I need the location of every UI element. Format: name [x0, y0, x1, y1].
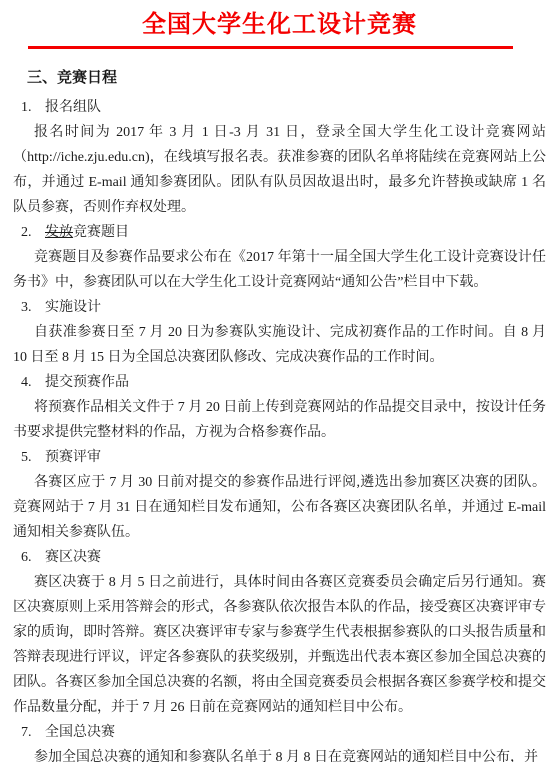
item-title: 预赛评审	[45, 450, 101, 465]
item-title: 赛区决赛	[45, 550, 101, 565]
item-title-text: 提交预赛作品	[45, 375, 129, 390]
item-heading: 1.报名组队	[21, 95, 546, 120]
list-item: 7.全国总决赛 参加全国总决赛的通知和参赛队名单于 8 月 8 日在竞赛网站的通…	[13, 720, 546, 762]
item-heading: 7.全国总决赛	[21, 720, 546, 745]
item-paragraph: 报名时间为 2017 年 3 月 1 日-3 月 31 日，登录全国大学生化工设…	[13, 120, 546, 220]
item-title: 报名组队	[45, 100, 101, 115]
item-heading: 5.预赛评审	[21, 445, 546, 470]
item-heading: 4.提交预赛作品	[21, 370, 546, 395]
item-number: 3.	[21, 295, 45, 320]
item-number: 1.	[21, 95, 45, 120]
item-title-text: 实施设计	[45, 300, 101, 315]
item-paragraph: 各赛区应于 7 月 30 日前对提交的参赛作品进行评阅,遴选出参加赛区决赛的团队…	[13, 470, 546, 545]
item-number: 6.	[21, 545, 45, 570]
item-number: 2.	[21, 220, 45, 245]
list-item: 6.赛区决赛 赛区决赛于 8 月 5 日之前进行，具体时间由各赛区竞赛委员会确定…	[13, 545, 546, 720]
item-paragraph: 参加全国总决赛的通知和参赛队名单于 8 月 8 日在竞赛网站的通知栏目中公布，并	[13, 745, 546, 762]
section-heading: 三、竞赛日程	[27, 68, 559, 88]
title-divider-rule	[28, 46, 513, 49]
list-item: 1.报名组队 报名时间为 2017 年 3 月 1 日-3 月 31 日，登录全…	[13, 95, 546, 220]
item-number: 4.	[21, 370, 45, 395]
document-title: 全国大学生化工设计竞赛	[0, 0, 559, 40]
list-item: 3.实施设计 自获准参赛日至 7 月 20 日为参赛队实施设计、完成初赛作品的工…	[13, 295, 546, 370]
list-item: 5.预赛评审 各赛区应于 7 月 30 日前对提交的参赛作品进行评阅,遴选出参加…	[13, 445, 546, 545]
item-title: 发放竞赛题目	[45, 225, 129, 240]
item-number: 5.	[21, 445, 45, 470]
item-title-text: 全国总决赛	[45, 725, 115, 740]
document-page: 全国大学生化工设计竞赛 三、竞赛日程 1.报名组队 报名时间为 2017 年 3…	[0, 0, 559, 762]
item-title-text: 报名组队	[45, 100, 101, 115]
item-number: 7.	[21, 720, 45, 745]
item-heading: 2.发放竞赛题目	[21, 220, 546, 245]
item-paragraph: 竞赛题目及参赛作品要求公布在《2017 年第十一届全国大学生化工设计竞赛设计任务…	[13, 245, 546, 295]
item-paragraph: 将预赛作品相关文件于 7 月 20 日前上传到竞赛网站的作品提交目录中，按设计任…	[13, 395, 546, 445]
list-item: 2.发放竞赛题目 竞赛题目及参赛作品要求公布在《2017 年第十一届全国大学生化…	[13, 220, 546, 295]
item-title-deleted-text: 发放	[45, 225, 73, 240]
item-title-text: 竞赛题目	[73, 225, 129, 240]
item-paragraph: 自获准参赛日至 7 月 20 日为参赛队实施设计、完成初赛作品的工作时间。自 8…	[13, 320, 546, 370]
item-title: 实施设计	[45, 300, 101, 315]
item-title-text: 预赛评审	[45, 450, 101, 465]
item-title: 提交预赛作品	[45, 375, 129, 390]
item-paragraph: 赛区决赛于 8 月 5 日之前进行，具体时间由各赛区竞赛委员会确定后另行通知。赛…	[13, 570, 546, 720]
item-title-text: 赛区决赛	[45, 550, 101, 565]
document-body: 1.报名组队 报名时间为 2017 年 3 月 1 日-3 月 31 日，登录全…	[13, 95, 546, 762]
list-item: 4.提交预赛作品 将预赛作品相关文件于 7 月 20 日前上传到竞赛网站的作品提…	[13, 370, 546, 445]
item-heading: 3.实施设计	[21, 295, 546, 320]
item-title: 全国总决赛	[45, 725, 115, 740]
item-heading: 6.赛区决赛	[21, 545, 546, 570]
